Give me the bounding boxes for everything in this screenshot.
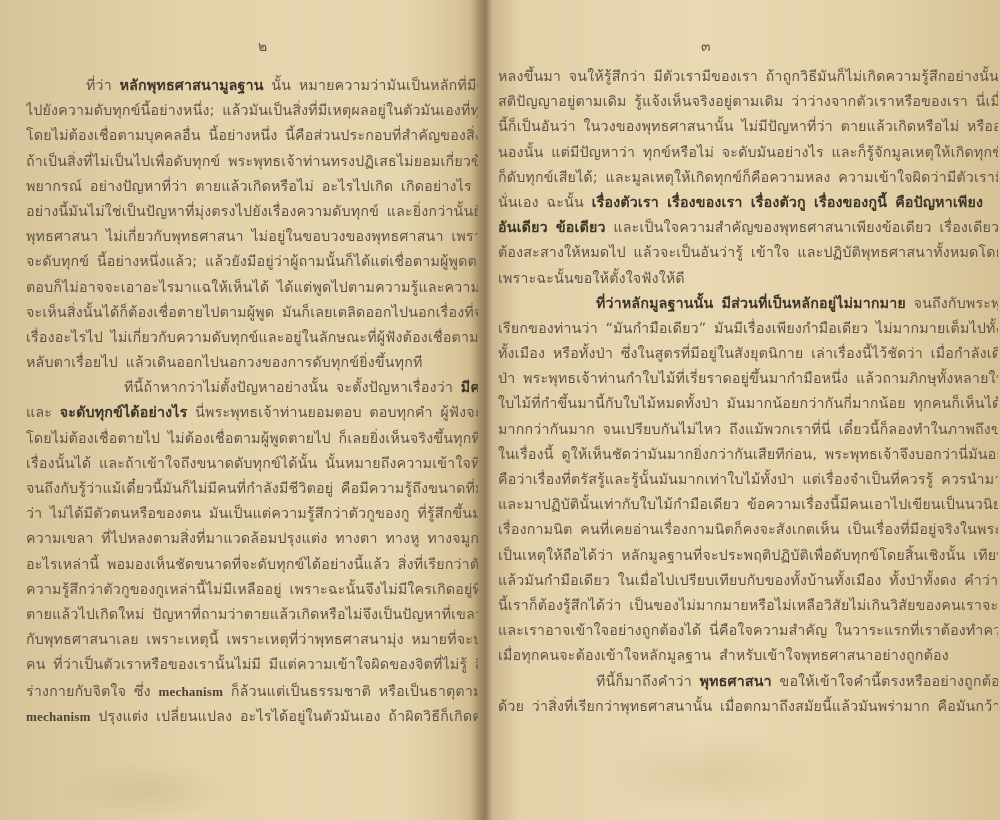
text-run: เมื่อทุกคนจะต้องเข้าใจหลักมูลฐาน สำหรับเ… [498,648,949,664]
text-run: เพราะฉะนั้นขอให้ตั้งใจฟังให้ดี [498,271,685,287]
text-line: ถ้าเป็นสิ่งที่ไม่เป็นไปเพื่อดับทุกข์ พระ… [26,150,478,175]
text-run: แล้วมันกำมือเดียว ในเมื่อไปเปรียบเทียบกั… [498,573,998,589]
text-line: ทีนี้ก็มาถึงคำว่า พุทธศาสนา ขอให้เข้าใจค… [498,670,998,695]
text-run: และเราอาจเข้าใจอย่างถูกต้องได้ นี่คือใจค… [498,623,998,639]
text-run: เรียกของท่านว่า “มันกำมือเดียว” มันมีเรื… [498,321,998,337]
text-run: อย่างนี้มันไม่ใช่เป็นปัญหาที่มุ่งตรงไปยั… [26,204,478,220]
text-line: ไปยังความดับทุกข์นี้อย่างหนึ่ง; แล้วมันเ… [26,99,478,124]
text-run: คน ที่ว่าเป็นตัวเราหรือของเรานั้นไม่มี ม… [26,657,478,673]
text-run: นั่นเอง ฉะนั้น [498,195,592,211]
page-number: ๒ [258,36,267,58]
text-line: หลับตาเรื่อยไป แล้วเดินออกไปนอกวงของการด… [26,351,478,376]
text-run: ด้วย ว่าสิ่งที่เรียกว่าพุทธศาสนานั้น เมื… [498,699,998,715]
text-line: พุทธศาสนา ไม่เกี่ยวกับพุทธศาสนา ไม่อยู่ใ… [26,225,478,250]
text-line: ใบไม้ที่กำขึ้นมานี้กับใบไม้หมดทั้งป่า มั… [498,392,998,417]
text-line: ทีนี้ถ้าหากว่าไม่ตั้งปัญหาอย่างนั้น จะตั… [26,376,478,401]
text-run: กับพุทธศาสนาเลย เพราะเหตุนี้ เพราะเหตุที… [26,632,478,648]
text-run: ว่า ไม่ได้มีตัวตนหรือของตน มันเป็นแต่ควา… [26,506,478,522]
text-line: จะเห็นสิ่งนั้นได้ก็ต้องเชื่อตายไปตามผู้พ… [26,301,478,326]
text-run: ก็ล้วนแต่เป็นธรรมชาติ หรือเป็นธาตุตามธรร… [223,684,478,700]
text-run: โดยไม่ต้องเชื่อตายไป ไม่ต้องเชื่อตามผู้พ… [26,431,478,447]
text-run: นั้น หมายความว่ามันเป็นหลักที่มีความ [264,78,478,94]
text-run: ขอให้เข้าใจคำนี้ตรงหรืออย่างถูกต้องอีกเช… [772,674,998,690]
text-line: อย่างนี้มันไม่ใช่เป็นปัญหาที่มุ่งตรงไปยั… [26,200,478,225]
text-run: หลับตาเรื่อยไป แล้วเดินออกไปนอกวงของการด… [26,355,423,371]
text-run: ทีนี้ก็มาถึงคำว่า [596,674,700,690]
text-run: ร่างกายกับจิตใจ ซึ่ง [26,684,159,700]
text-line: สติปัญญาอยู่ตามเดิม รู้แจ้งเห็นจริงอยู่ต… [498,90,998,115]
text-run: นี้เราก็ต้องรู้สึกได้ว่า เป็นของไม่มากมา… [498,598,998,614]
text-run: ทั้งเมือง หรือทั้งป่า ซึ่งในสูตรที่มีอยู… [498,346,998,362]
text-run: เรื่องนั้นได้ และถ้าเข้าใจถึงขนาดดับทุกข… [26,456,478,472]
text-line: ที่ว่า หลักพุทธศาสนามูลฐาน นั้น หมายความ… [26,74,478,99]
text-line: นองนั้น แต่มีปัญหาว่า ทุกข์หรือไม่ จะดับ… [498,141,998,166]
text-line: โดยไม่ต้องเชื่อตายไป ไม่ต้องเชื่อตามผู้พ… [26,427,478,452]
text-line: หลงขึ้นมา จนให้รู้สึกว่า มีตัวเรามีของเร… [498,65,998,90]
text-run: และ [26,405,60,421]
page-number: ๓ [701,36,711,58]
text-line: ความรู้สึกว่าตัวกูของกูเหล่านี้ไม่มีเหลื… [26,578,478,603]
text-run: ตายแล้วไปเกิดใหม่ ปัญหาที่ถามว่าตายแล้วเ… [26,607,478,623]
text-line: นี้ก็เป็นอันว่า ในวงของพุทธศาสนานั้น ไม่… [498,115,998,140]
text-line: เรื่องนั้นได้ และถ้าเข้าใจถึงขนาดดับทุกข… [26,452,478,477]
text-line: คือว่าเรื่องที่ตรัสรู้และรู้นั้นมันมากเท… [498,468,998,493]
text-run: เป็นเหตุให้ถือได้ว่า หลักมูลฐานที่จะประพ… [498,548,998,564]
text-run: ปรุงแต่ง เปลี่ยนแปลง อะไรได้อยู่ในตัวมัน… [91,709,478,725]
text-line: ในเรื่องนี้ ดูให้เห็นชัดว่ามันมากยิ่งกว่… [498,443,998,468]
left-page: ๒ ที่ว่า หลักพุทธศาสนามูลฐาน นั้น หมายคว… [0,0,478,820]
text-run: ที่ว่า [86,78,120,94]
text-run: ความรู้สึกว่าตัวกูของกูเหล่านี้ไม่มีเหลื… [26,582,478,598]
text-run: นองนั้น แต่มีปัญหาว่า ทุกข์หรือไม่ จะดับ… [498,145,998,161]
text-line: นี้เราก็ต้องรู้สึกได้ว่า เป็นของไม่มากมา… [498,594,998,619]
text-line: พยากรณ์ อย่างปัญหาที่ว่า ตายแล้วเกิดหรือ… [26,175,478,200]
bold-text: จะดับทุกข์ได้อย่างไร [60,405,188,421]
text-run: มากกว่ากันมาก จนเปรียบกันไม่ไหว ถึงแม้พว… [498,422,998,438]
text-run: อะไรเหล่านี้ พอมองเห็นชัดขนาดที่จะดับทุก… [26,557,478,573]
bold-text: เรื่องตัวเรา เรื่องของเรา เรื่องตัวกู เร… [592,195,984,211]
text-line: โดยไม่ต้องเชื่อตามบุคคลอื่น นี้อย่างหนึ่… [26,124,478,149]
bold-text: ที่ว่าหลักมูลฐานนั้น มีส่วนที่เป็นหลักอย… [596,296,906,312]
text-run: เรื่องกามนิต คนที่เคยอ่านเรื่องกามนิตก็ค… [498,522,998,538]
bold-text: หลักพุทธศาสนามูลฐาน [120,78,264,94]
text-line: กับพุทธศาสนาเลย เพราะเหตุนี้ เพราะเหตุที… [26,628,478,653]
text-line: คน ที่ว่าเป็นตัวเราหรือของเรานั้นไม่มี ม… [26,653,478,678]
bold-text: อันเดียว ข้อเดียว [498,220,606,236]
text-run: นี่พระพุทธเจ้าท่านยอมตอบ ตอบทุกคำ ผู้ฟัง… [187,405,478,421]
text-line: นั่นเอง ฉะนั้น เรื่องตัวเรา เรื่องของเรา… [498,191,998,216]
text-run: ต้องสะสางให้หมดไป แล้วจะเป็นอันว่ารู้ เข… [498,245,998,261]
text-line: และเราอาจเข้าใจอย่างถูกต้องได้ นี่คือใจค… [498,619,998,644]
text-run: ใบไม้ที่กำขึ้นมานี้กับใบไม้หมดทั้งป่า มั… [498,396,998,412]
text-run: คือว่าเรื่องที่ตรัสรู้และรู้นั้นมันมากเท… [498,472,998,488]
text-line: mechanism ปรุงแต่ง เปลี่ยนแปลง อะไรได้อย… [26,704,478,729]
text-line: ที่ว่าหลักมูลฐานนั้น มีส่วนที่เป็นหลักอย… [498,292,998,317]
text-run: ในเรื่องนี้ ดูให้เห็นชัดว่ามันมากยิ่งกว่… [498,447,998,463]
text-run: และมาปฏิบัตินั้นเท่ากับใบไม้กำมือเดียว ข… [498,497,998,513]
text-line: ร่างกายกับจิตใจ ซึ่ง mechanism ก็ล้วนแต่… [26,679,478,704]
text-line: ตายแล้วไปเกิดใหม่ ปัญหาที่ถามว่าตายแล้วเ… [26,603,478,628]
text-line: ก็ดับทุกข์เสียได้; และมูลเหตุให้เกิดทุกข… [498,166,998,191]
right-page: ๓ หลงขึ้นมา จนให้รู้สึกว่า มีตัวเรามีของ… [480,0,1000,820]
text-run: ไปยังความดับทุกข์นี้อย่างหนึ่ง; แล้วมันเ… [26,103,478,119]
text-line: ด้วย ว่าสิ่งที่เรียกว่าพุทธศาสนานั้น เมื… [498,695,998,720]
book-spread: ๒ ที่ว่า หลักพุทธศาสนามูลฐาน นั้น หมายคว… [0,0,1000,820]
text-run: จะดับทุกข์ นี้อย่างหนึ่งแล้ว; แล้วยังมีอ… [26,254,478,270]
page-text: ที่ว่า หลักพุทธศาสนามูลฐาน นั้น หมายความ… [26,74,478,729]
text-run: หลงขึ้นมา จนให้รู้สึกว่า มีตัวเรามีของเร… [498,69,998,85]
text-run: ตอบก็ไม่อาจจะเอาอะไรมาแฉให้เห็นได้ ได้แต… [26,280,478,296]
text-run: นี้ก็เป็นอันว่า ในวงของพุทธศาสนานั้น ไม่… [498,119,998,135]
text-line: ตอบก็ไม่อาจจะเอาอะไรมาแฉให้เห็นได้ ได้แต… [26,276,478,301]
text-run: จะเห็นสิ่งนั้นได้ก็ต้องเชื่อตายไปตามผู้พ… [26,305,478,321]
text-line: ว่า ไม่ได้มีตัวตนหรือของตน มันเป็นแต่ควา… [26,502,478,527]
text-run: ป่า พระพุทธเจ้าท่านกำใบไม้ที่เรี่ยราดอยู… [498,371,998,387]
page-text: หลงขึ้นมา จนให้รู้สึกว่า มีตัวเรามีของเร… [498,65,998,720]
text-line: ป่า พระพุทธเจ้าท่านกำใบไม้ที่เรี่ยราดอยู… [498,367,998,392]
text-line: เรียกของท่านว่า “มันกำมือเดียว” มันมีเรื… [498,317,998,342]
text-run: ความเขลา ที่ไปหลงตามสิ่งที่มาแวดล้อมปรุง… [26,531,478,547]
text-line: จะดับทุกข์ นี้อย่างหนึ่งแล้ว; แล้วยังมีอ… [26,250,478,275]
text-run: โดยไม่ต้องเชื่อตามบุคคลอื่น นี้อย่างหนึ่… [26,128,478,144]
text-run: จนถึงกับรู้ว่าแม้เดี๋ยวนี้มันก็ไม่มีคนที… [26,481,478,497]
text-line: และมาปฏิบัตินั้นเท่ากับใบไม้กำมือเดียว ข… [498,493,998,518]
text-run: และเป็นใจความสำคัญของพุทธศาสนาเพียงข้อเด… [606,220,998,236]
text-run: พุทธศาสนา ไม่เกี่ยวกับพุทธศาสนา ไม่อยู่ใ… [26,229,478,245]
text-run: สติปัญญาอยู่ตามเดิม รู้แจ้งเห็นจริงอยู่ต… [498,94,998,110]
english-term: mechanism [26,709,91,724]
text-line: เรื่องอะไรไป ไม่เกี่ยวกับความดับทุกข์และ… [26,326,478,351]
text-line: ต้องสะสางให้หมดไป แล้วจะเป็นอันว่ารู้ เข… [498,241,998,266]
text-run: ทีนี้ถ้าหากว่าไม่ตั้งปัญหาอย่างนั้น จะตั… [124,380,461,396]
text-line: ทั้งเมือง หรือทั้งป่า ซึ่งในสูตรที่มีอยู… [498,342,998,367]
text-line: เพราะฉะนั้นขอให้ตั้งใจฟังให้ดี [498,267,998,292]
text-run: จนถึงกับพระพุทธเจ้าท่าน [906,296,998,312]
text-run: เรื่องอะไรไป ไม่เกี่ยวกับความดับทุกข์และ… [26,330,478,346]
text-line: ความเขลา ที่ไปหลงตามสิ่งที่มาแวดล้อมปรุง… [26,527,478,552]
bold-text: พุทธศาสนา [700,674,772,690]
text-line: อะไรเหล่านี้ พอมองเห็นชัดขนาดที่จะดับทุก… [26,553,478,578]
text-run: ก็ดับทุกข์เสียได้; และมูลเหตุให้เกิดทุกข… [498,170,998,186]
text-line: และ จะดับทุกข์ได้อย่างไร นี่พระพุทธเจ้าท… [26,401,478,426]
text-line: เรื่องกามนิต คนที่เคยอ่านเรื่องกามนิตก็ค… [498,518,998,543]
text-line: อันเดียว ข้อเดียว และเป็นใจความสำคัญของพ… [498,216,998,241]
text-line: เมื่อทุกคนจะต้องเข้าใจหลักมูลฐาน สำหรับเ… [498,644,998,669]
text-run: ถ้าเป็นสิ่งที่ไม่เป็นไปเพื่อดับทุกข์ พระ… [26,154,478,170]
text-line: มากกว่ากันมาก จนเปรียบกันไม่ไหว ถึงแม้พว… [498,418,998,443]
text-line: เป็นเหตุให้ถือได้ว่า หลักมูลฐานที่จะประพ… [498,544,998,569]
text-line: จนถึงกับรู้ว่าแม้เดี๋ยวนี้มันก็ไม่มีคนที… [26,477,478,502]
text-run: พยากรณ์ อย่างปัญหาที่ว่า ตายแล้วเกิดหรือ… [26,179,478,195]
text-line: แล้วมันกำมือเดียว ในเมื่อไปเปรียบเทียบกั… [498,569,998,594]
english-term: mechanism [159,684,224,699]
